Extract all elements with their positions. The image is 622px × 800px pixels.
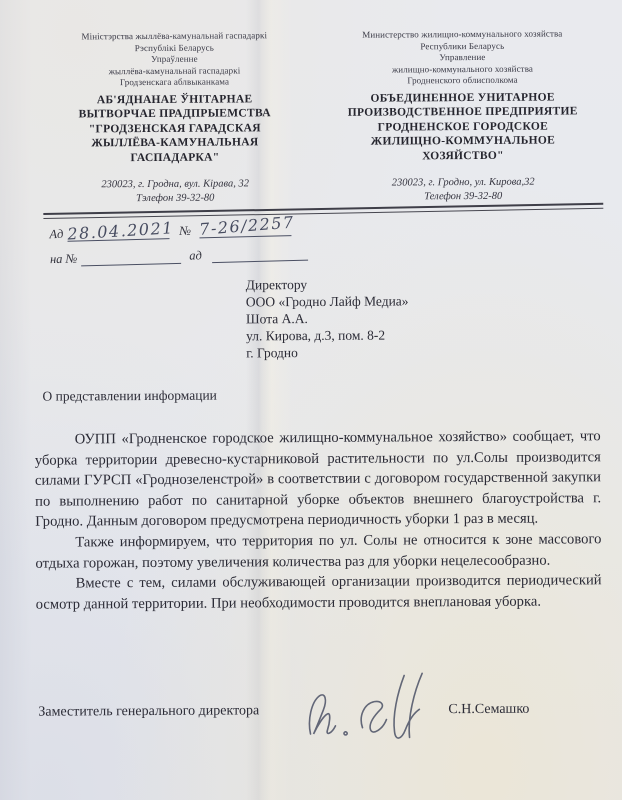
addressee-line: г. Гродно <box>246 343 409 361</box>
org-line: "ГРОДЗЕНСКАЯ ГАРАДСКАЯ <box>41 121 309 137</box>
reply-number-blank <box>81 245 181 267</box>
reply-to-label: на № <box>50 251 82 267</box>
org-address-ru: 230023, г. Гродно, ул. Кирова,32 Телефон… <box>329 176 597 205</box>
letter-body: ОУПП «Гродненское городское жилищно-комм… <box>35 426 602 615</box>
ministry-line: Министерство жилищно-коммунального хозяй… <box>328 28 596 41</box>
addressee-line: ул. Кирова, д.3, пом. 8-2 <box>246 326 409 344</box>
ministry-line: Гродзенскага аблвыканкама <box>41 76 309 89</box>
outgoing-number-field: 7-26/2257 <box>199 216 291 238</box>
org-address-be: 230023, г. Гродна, вул. Кірава, 32 Тэлеф… <box>41 177 309 206</box>
phone-line: Тэлефон 39-32-80 <box>41 191 309 206</box>
org-line: ВЫТВОРЧАЕ ПРАДПРЫЕМСТВА <box>41 106 309 122</box>
org-line: ГАСПАДАРКА" <box>41 150 309 166</box>
letter-content: Міністэрства жыллёва-камунальнай гаспада… <box>0 0 622 800</box>
handwritten-number: 7-26/2257 <box>198 213 295 239</box>
addressee-line: Директору <box>246 275 409 293</box>
body-paragraph: ОУПП «Гродненское городское жилищно-комм… <box>35 426 602 532</box>
reply-date-blank <box>212 242 308 263</box>
reference-block: Ад 28.04.2021 № 7-26/2257 на № ад <box>49 210 320 267</box>
outgoing-date-label: Ад <box>49 227 67 242</box>
signer-name: С.Н.Семашко <box>448 702 529 718</box>
letter-subject: О представлении информации <box>42 388 217 405</box>
body-paragraph: Вместе с тем, силами обслуживающей орган… <box>36 570 602 615</box>
signature-handwriting <box>300 671 446 752</box>
letterhead-belarusian-column: Міністэрства жыллёва-камунальнай гаспада… <box>40 30 309 206</box>
addressee-block: Директору ООО «Гродно Лайф Медиа» Шота А… <box>246 275 409 361</box>
org-line: ХОЗЯЙСТВО" <box>329 148 597 164</box>
signer-position-title: Заместитель генерального директора <box>38 703 259 720</box>
reply-from-label: ад <box>181 248 206 264</box>
org-line: ГРОДНЕНСКОЕ ГОРОДСКОЕ <box>329 119 597 135</box>
body-paragraph: Также информируем, что территория по ул.… <box>35 529 601 574</box>
org-line: ЖИЛИЩНО-КОММУНАЛЬНОЕ <box>329 134 597 150</box>
ministry-block-be: Міністэрства жыллёва-камунальнай гаспада… <box>40 30 308 89</box>
organization-name-be: АБ'ЯДНАНАЕ ЎНІТАРНАЕ ВЫТВОРЧАЕ ПРАДПРЫЕМ… <box>41 92 309 167</box>
letterhead: Міністэрства жыллёва-камунальнай гаспада… <box>40 28 597 206</box>
letterhead-russian-column: Министерство жилищно-коммунального хозяй… <box>328 28 597 204</box>
addressee-line: ООО «Гродно Лайф Медиа» <box>246 292 409 310</box>
org-line: ЖЫЛЛЁВА-КАМУНАЛЬНАЯ <box>41 135 309 151</box>
ministry-line: Гродненского облисполкома <box>329 74 597 87</box>
addressee-line: Шота А.А. <box>246 309 409 327</box>
ministry-block-ru: Министерство жилищно-коммунального хозяй… <box>328 28 596 87</box>
org-line: ПРОИЗВОДСТВЕННОЕ ПРЕДПРИЯТИЕ <box>329 104 597 120</box>
org-line: ОБЪЕДИНЕННОЕ УНИТАРНОЕ <box>329 90 597 106</box>
phone-line: Телефон 39-32-80 <box>329 189 597 204</box>
organization-name-ru: ОБЪЕДИНЕННОЕ УНИТАРНОЕ ПРОИЗВОДСТВЕННОЕ … <box>329 90 597 165</box>
scanned-letter-page: Міністэрства жыллёва-камунальнай гаспада… <box>0 0 622 800</box>
outgoing-date-field: 28.04.2021 <box>67 219 169 242</box>
org-line: АБ'ЯДНАНАЕ ЎНІТАРНАЕ <box>41 92 309 108</box>
